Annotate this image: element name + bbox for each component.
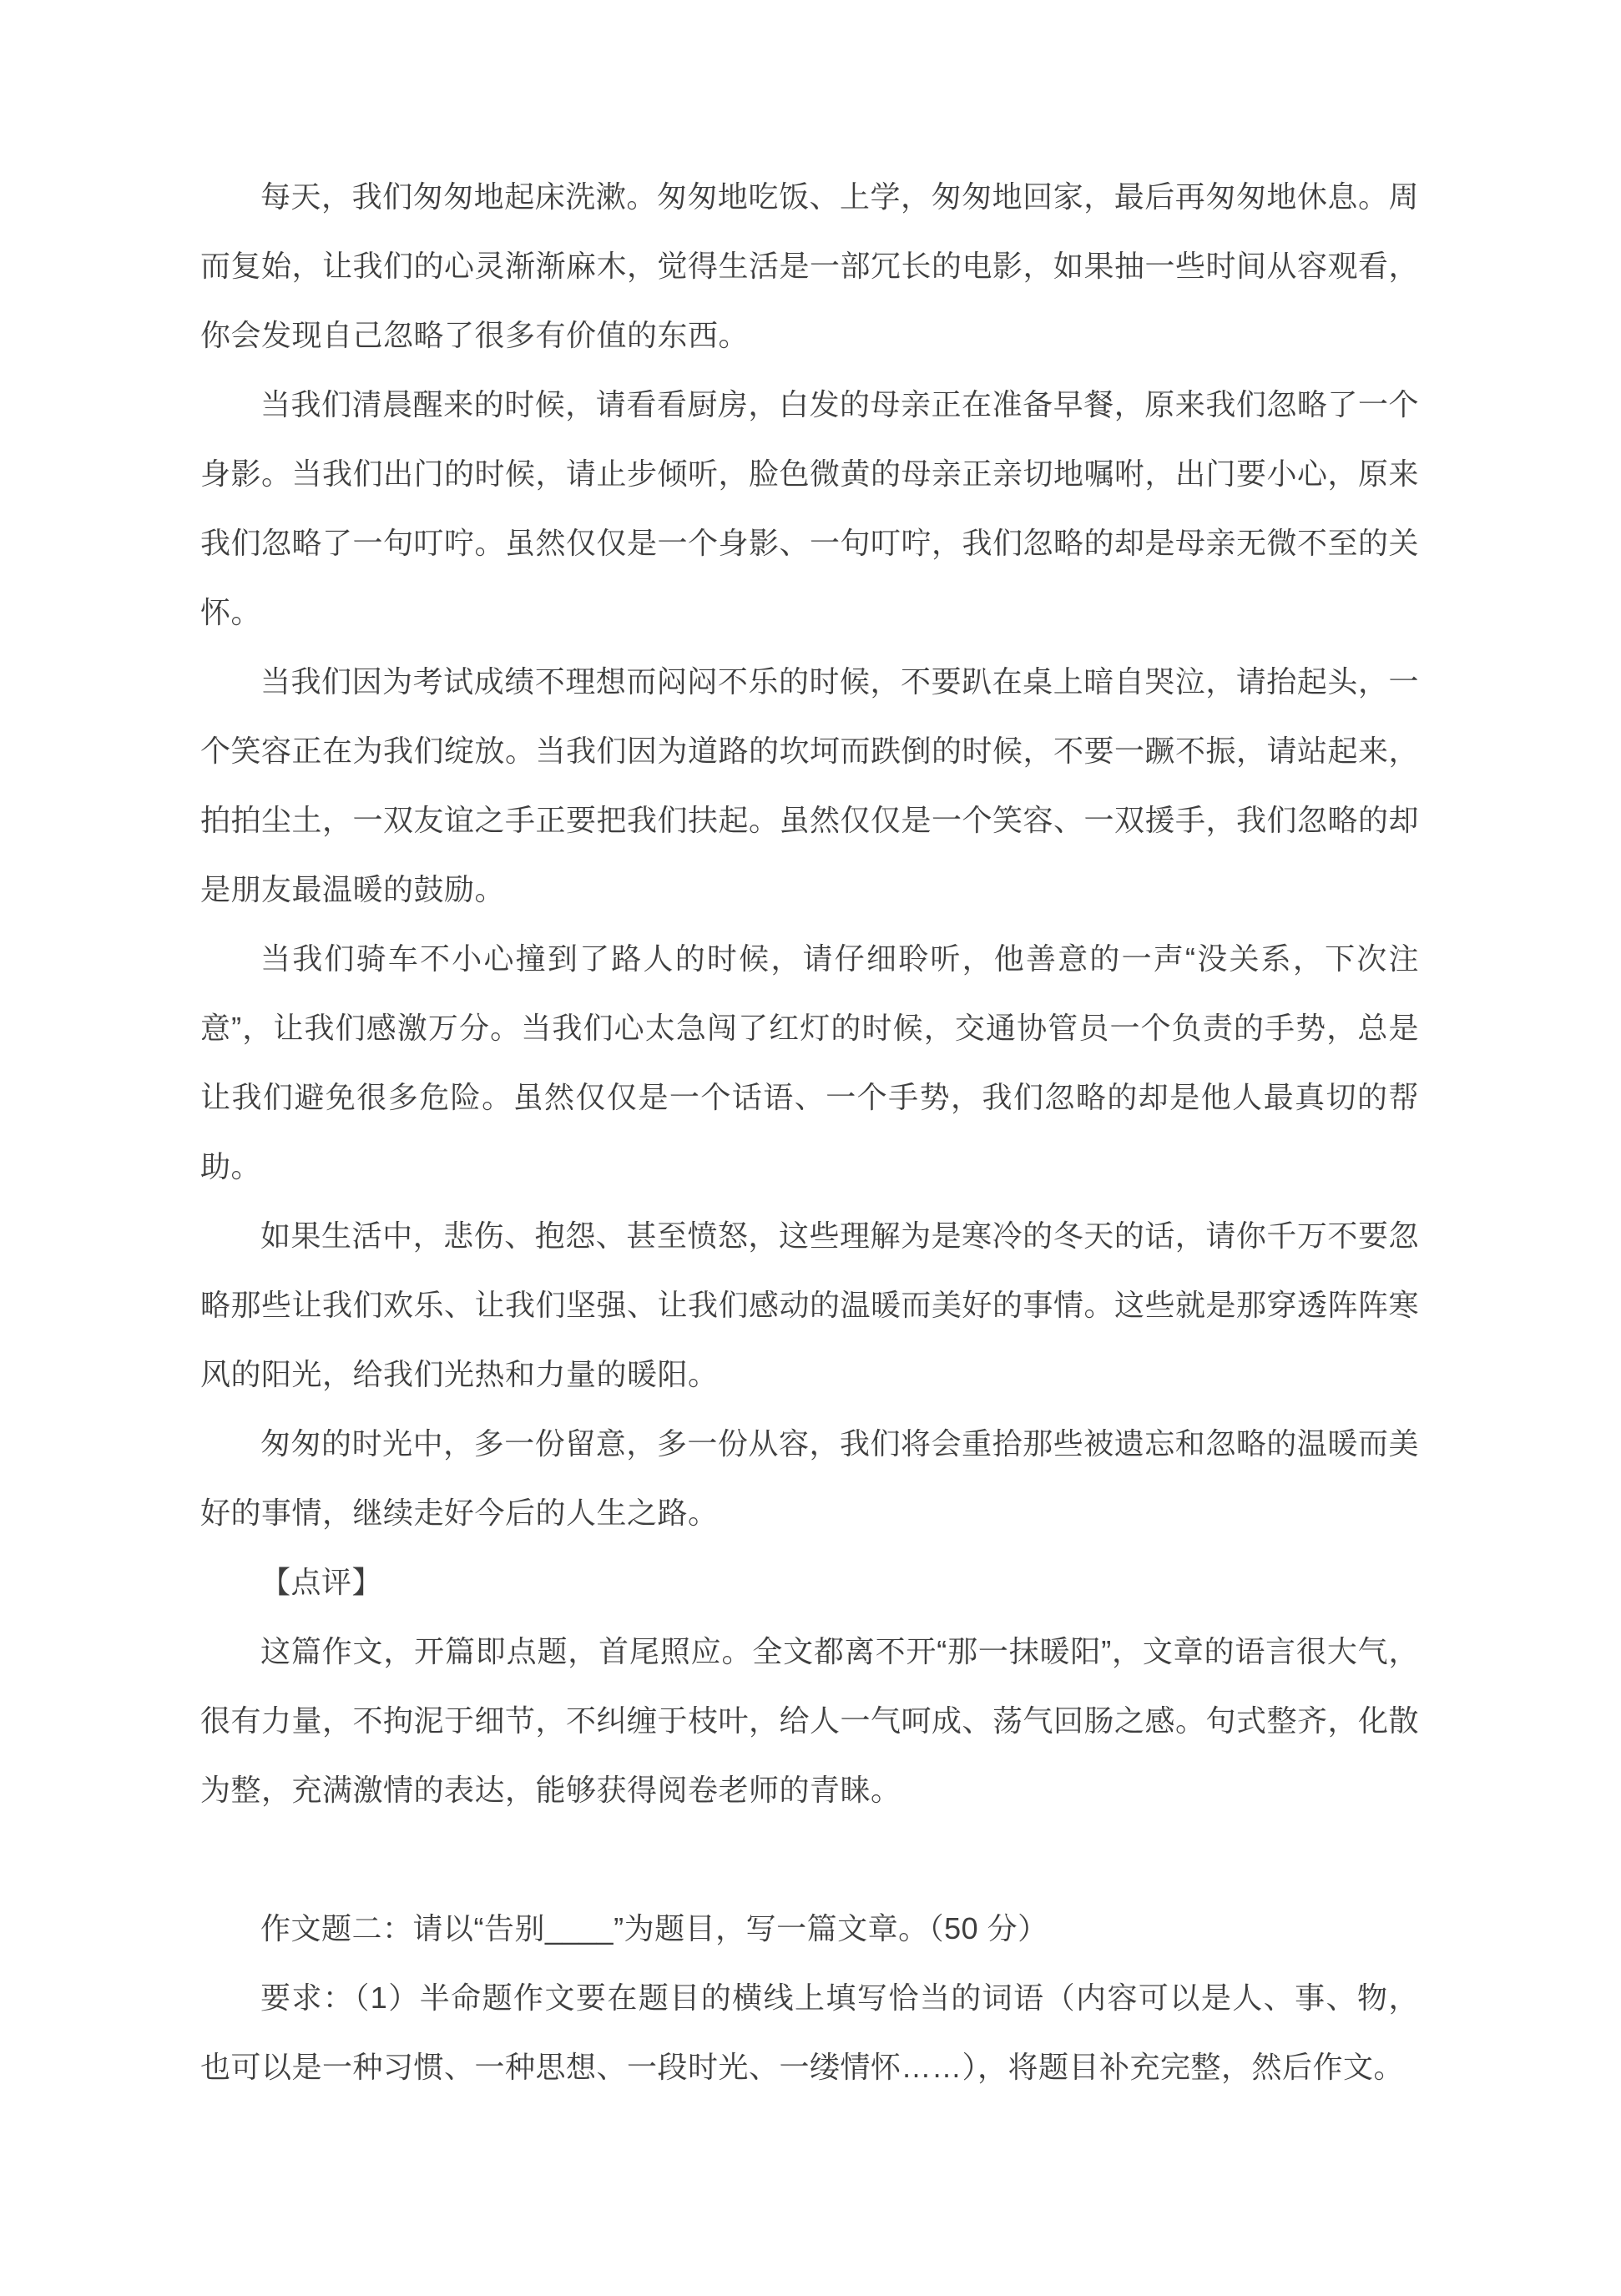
essay-paragraph-1: 每天，我们匆匆地起床洗漱。匆匆地吃饭、上学，匆匆地回家，最后再匆匆地休息。周而复… xyxy=(200,162,1419,370)
essay-paragraph-5: 如果生活中，悲伤、抱怨、甚至愤怒，这些理解为是寒冷的冬天的话，请你千万不要忽略那… xyxy=(200,1201,1419,1409)
prompt-two-title: 作文题二：请以“告别____”为题目，写一篇文章。（50 分） xyxy=(200,1894,1419,1963)
document-page: 每天，我们匆匆地起床洗漱。匆匆地吃饭、上学，匆匆地回家，最后再匆匆地休息。周而复… xyxy=(0,0,1621,2296)
essay-paragraph-3: 当我们因为考试成绩不理想而闷闷不乐的时候，不要趴在桌上暗自哭泣，请抬起头，一个笑… xyxy=(200,647,1419,924)
comment-paragraph: 这篇作文，开篇即点题，首尾照应。全文都离不开“那一抹暖阳”，文章的语言很大气，很… xyxy=(200,1617,1419,1824)
essay-body: 每天，我们匆匆地起床洗漱。匆匆地吃饭、上学，匆匆地回家，最后再匆匆地休息。周而复… xyxy=(200,162,1419,2102)
prompt-two-requirements: 要求：（1）半命题作文要在题目的横线上填写恰当的词语（内容可以是人、事、物，也可… xyxy=(200,1963,1419,2102)
essay-paragraph-2: 当我们清晨醒来的时候，请看看厨房，白发的母亲正在准备早餐，原来我们忽略了一个身影… xyxy=(200,370,1419,647)
essay-paragraph-4: 当我们骑车不小心撞到了路人的时候，请仔细聆听，他善意的一声“没关系，下次注意”，… xyxy=(200,924,1419,1201)
essay-paragraph-6: 匆匆的时光中，多一份留意，多一份从容，我们将会重拾那些被遗忘和忽略的温暖而美好的… xyxy=(200,1409,1419,1547)
comment-label: 【点评】 xyxy=(200,1547,1419,1617)
